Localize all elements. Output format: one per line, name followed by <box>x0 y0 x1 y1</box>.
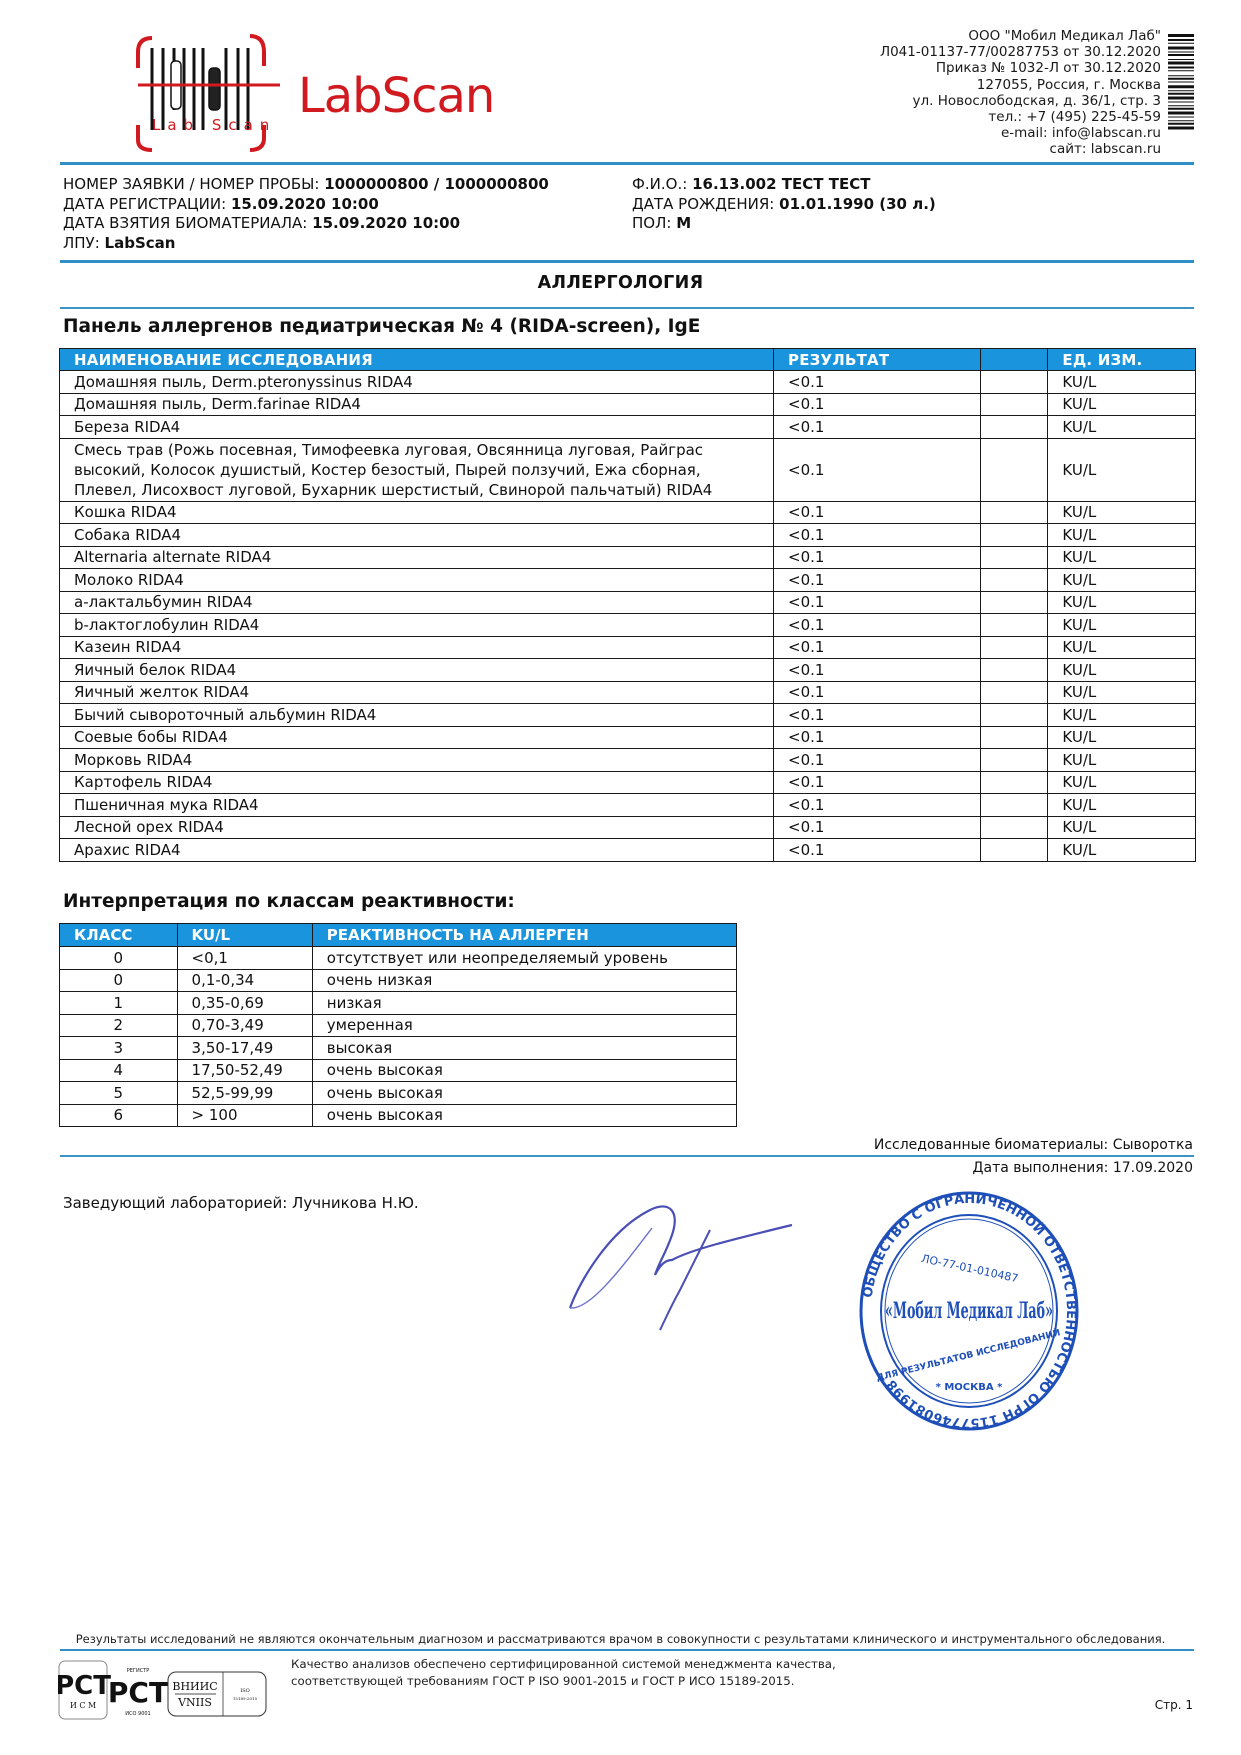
result-value: <0.1 <box>774 659 981 682</box>
order-number-line: НОМЕР ЗАЯВКИ / НОМЕР ПРОБЫ: 1000000800 /… <box>63 175 549 195</box>
execution-date: Дата выполнения: 17.09.2020 <box>973 1160 1193 1176</box>
result-row: Домашняя пыль, Derm.pteronyssinus RIDA4<… <box>60 371 1196 394</box>
result-row: Молоко RIDA4<0.1KU/L <box>60 569 1196 592</box>
flag-cell <box>981 726 1048 749</box>
sample-date-line: ДАТА ВЗЯТИЯ БИОМАТЕРИАЛА: 15.09.2020 10:… <box>63 214 549 234</box>
flag-cell <box>981 704 1048 727</box>
labscan-logo: LabScan Lab Scan <box>130 30 510 155</box>
col-reactivity: РЕАКТИВНОСТЬ НА АЛЛЕРГЕН <box>312 924 736 947</box>
col-unit: ЕД. ИЗМ. <box>1048 349 1196 371</box>
col-test-name: НАИМЕНОВАНИЕ ИССЛЕДОВАНИЯ <box>60 349 774 371</box>
result-value: <0.1 <box>774 816 981 839</box>
flag-cell <box>981 371 1048 394</box>
kul-range: 3,50-17,49 <box>177 1037 312 1060</box>
flag-cell <box>981 636 1048 659</box>
barcode-logo-icon <box>130 30 300 155</box>
test-name: a-лактальбумин RIDA4 <box>60 591 774 614</box>
rst-ism-logo: РСТ И С М <box>58 1661 111 1719</box>
kul-range: 0,1-0,34 <box>177 969 312 992</box>
flag-cell <box>981 524 1048 547</box>
result-row: Домашняя пыль, Derm.farinae RIDA4<0.1KU/… <box>60 393 1196 416</box>
order-info: НОМЕР ЗАЯВКИ / НОМЕР ПРОБЫ: 1000000800 /… <box>63 175 549 253</box>
result-unit: KU/L <box>1048 501 1196 524</box>
results-header-row: НАИМЕНОВАНИЕ ИССЛЕДОВАНИЯ РЕЗУЛЬТАТ ЕД. … <box>60 349 1196 371</box>
class-value: 3 <box>60 1037 178 1060</box>
svg-text:15189:2015: 15189:2015 <box>233 1696 258 1701</box>
logo-sub-text: Lab Scan <box>152 116 276 134</box>
test-name: Кошка RIDA4 <box>60 501 774 524</box>
flag-cell <box>981 393 1048 416</box>
test-name: Яичный желток RIDA4 <box>60 681 774 704</box>
result-value: <0.1 <box>774 501 981 524</box>
lab-head: Заведующий лабораторией: Лучникова Н.Ю. <box>63 1194 419 1212</box>
result-row: Морковь RIDA4<0.1KU/L <box>60 749 1196 772</box>
flag-cell <box>981 749 1048 772</box>
svg-text:И С М: И С М <box>70 1701 96 1710</box>
result-row: b-лактоглобулин RIDA4<0.1KU/L <box>60 614 1196 637</box>
footer-divider <box>60 1649 1194 1651</box>
stamp-center-text: «Мобил Медикал Лаб» <box>885 1298 1053 1324</box>
flag-cell <box>981 681 1048 704</box>
company-city: 127055, Россия, г. Москва <box>880 77 1161 93</box>
test-name: Молоко RIDA4 <box>60 569 774 592</box>
quality-line-1: Качество анализов обеспечено сертифициро… <box>291 1656 836 1673</box>
flag-cell <box>981 839 1048 862</box>
result-unit: KU/L <box>1048 614 1196 637</box>
test-name: Бычий сывороточный альбумин RIDA4 <box>60 704 774 727</box>
result-unit: KU/L <box>1048 636 1196 659</box>
stamp-city: * МОСКВА * <box>936 1382 1004 1393</box>
reactivity-level: очень высокая <box>312 1059 736 1082</box>
test-name: Картофель RIDA4 <box>60 771 774 794</box>
result-unit: KU/L <box>1048 726 1196 749</box>
result-value: <0.1 <box>774 371 981 394</box>
company-email: e-mail: info@labscan.ru <box>880 125 1161 141</box>
col-kul: KU/L <box>177 924 312 947</box>
col-flag <box>981 349 1048 371</box>
flag-cell <box>981 501 1048 524</box>
birth-date: 01.01.1990 (30 л.) <box>779 195 936 213</box>
flag-cell <box>981 771 1048 794</box>
result-value: <0.1 <box>774 726 981 749</box>
company-license: Л041-01137-77/00287753 от 30.12.2020 <box>880 44 1161 60</box>
class-row: 00,1-0,34очень низкая <box>60 969 737 992</box>
disclaimer: Результаты исследований не являются окон… <box>0 1632 1241 1646</box>
class-row: 417,50-52,49очень высокая <box>60 1059 737 1082</box>
result-unit: KU/L <box>1048 749 1196 772</box>
logo-brand-text: LabScan <box>298 68 494 124</box>
col-class: КЛАСС <box>60 924 178 947</box>
result-value: <0.1 <box>774 794 981 817</box>
signature-image <box>560 1190 800 1340</box>
quality-statement: Качество анализов обеспечено сертифициро… <box>291 1656 836 1690</box>
company-site: сайт: labscan.ru <box>880 141 1161 157</box>
test-name: Alternaria alternate RIDA4 <box>60 546 774 569</box>
certification-logos: РСТ И С М РЕГИСТР РСТ ИСО 9001 ВНИИС VNI… <box>58 1660 268 1720</box>
class-value: 6 <box>60 1104 178 1127</box>
col-result: РЕЗУЛЬТАТ <box>774 349 981 371</box>
flag-cell <box>981 794 1048 817</box>
result-row: Арахис RIDA4<0.1KU/L <box>60 839 1196 862</box>
result-row: Смесь трав (Рожь посевная, Тимофеевка лу… <box>60 438 1196 501</box>
lpu: LabScan <box>105 234 176 252</box>
result-unit: KU/L <box>1048 546 1196 569</box>
reactivity-level: очень высокая <box>312 1104 736 1127</box>
page-number: Стр. 1 <box>1155 1698 1193 1712</box>
result-unit: KU/L <box>1048 438 1196 501</box>
flag-cell <box>981 591 1048 614</box>
svg-text:РЕГИСТР: РЕГИСТР <box>127 1668 150 1674</box>
class-value: 2 <box>60 1014 178 1037</box>
registration-date: 15.09.2020 10:00 <box>231 195 379 213</box>
svg-text:ISO: ISO <box>240 1688 250 1694</box>
sex: М <box>676 214 691 232</box>
class-row: 10,35-0,69низкая <box>60 992 737 1015</box>
reactivity-class-table: КЛАСС KU/L РЕАКТИВНОСТЬ НА АЛЛЕРГЕН 0<0,… <box>59 923 737 1127</box>
result-value: <0.1 <box>774 438 981 501</box>
result-value: <0.1 <box>774 416 981 439</box>
svg-text:РСТ: РСТ <box>58 1671 111 1701</box>
kul-range: 0,35-0,69 <box>177 992 312 1015</box>
result-unit: KU/L <box>1048 816 1196 839</box>
result-value: <0.1 <box>774 546 981 569</box>
biomaterial-divider <box>60 1155 1194 1157</box>
reactivity-level: очень высокая <box>312 1082 736 1105</box>
kul-range: <0,1 <box>177 947 312 970</box>
result-row: Alternaria alternate RIDA4<0.1KU/L <box>60 546 1196 569</box>
test-name: b-лактоглобулин RIDA4 <box>60 614 774 637</box>
result-row: Пшеничная мука RIDA4<0.1KU/L <box>60 794 1196 817</box>
patient-name: 16.13.002 ТЕСТ ТЕСТ <box>692 175 870 193</box>
result-row: a-лактальбумин RIDA4<0.1KU/L <box>60 591 1196 614</box>
birth-date-line: ДАТА РОЖДЕНИЯ: 01.01.1990 (30 л.) <box>632 195 936 215</box>
kul-range: 0,70-3,49 <box>177 1014 312 1037</box>
kul-range: 17,50-52,49 <box>177 1059 312 1082</box>
result-value: <0.1 <box>774 704 981 727</box>
company-name: ООО "Мобил Медикал Лаб" <box>880 28 1161 44</box>
sex-line: ПОЛ: М <box>632 214 936 234</box>
test-name: Соевые бобы RIDA4 <box>60 726 774 749</box>
interpretation-title: Интерпретация по классам реактивности: <box>63 891 515 912</box>
flag-cell <box>981 546 1048 569</box>
flag-cell <box>981 816 1048 839</box>
result-value: <0.1 <box>774 839 981 862</box>
kul-range: > 100 <box>177 1104 312 1127</box>
result-value: <0.1 <box>774 614 981 637</box>
class-value: 4 <box>60 1059 178 1082</box>
test-name: Домашняя пыль, Derm.farinae RIDA4 <box>60 393 774 416</box>
department-title: АЛЛЕРГОЛОГИЯ <box>0 273 1241 293</box>
patient-name-line: Ф.И.О.: 16.13.002 ТЕСТ ТЕСТ <box>632 175 936 195</box>
result-unit: KU/L <box>1048 681 1196 704</box>
reactivity-level: низкая <box>312 992 736 1015</box>
company-order: Приказ № 1032-Л от 30.12.2020 <box>880 60 1161 76</box>
result-row: Кошка RIDA4<0.1KU/L <box>60 501 1196 524</box>
result-value: <0.1 <box>774 569 981 592</box>
barcode-icon <box>1168 34 1194 159</box>
reactivity-level: умеренная <box>312 1014 736 1037</box>
result-unit: KU/L <box>1048 771 1196 794</box>
flag-cell <box>981 614 1048 637</box>
class-row: 33,50-17,49высокая <box>60 1037 737 1060</box>
test-name: Собака RIDA4 <box>60 524 774 547</box>
class-value: 0 <box>60 947 178 970</box>
reactivity-level: высокая <box>312 1037 736 1060</box>
test-name: Пшеничная мука RIDA4 <box>60 794 774 817</box>
result-row: Береза RIDA4<0.1KU/L <box>60 416 1196 439</box>
company-street: ул. Новослободская, д. 36/1, стр. 3 <box>880 93 1161 109</box>
registration-date-line: ДАТА РЕГИСТРАЦИИ: 15.09.2020 10:00 <box>63 195 549 215</box>
result-row: Лесной орех RIDA4<0.1KU/L <box>60 816 1196 839</box>
quality-line-2: соответствующей требованиям ГОСТ Р ISO 9… <box>291 1673 836 1690</box>
kul-range: 52,5-99,99 <box>177 1082 312 1105</box>
result-unit: KU/L <box>1048 839 1196 862</box>
class-value: 5 <box>60 1082 178 1105</box>
result-unit: KU/L <box>1048 794 1196 817</box>
result-row: Соевые бобы RIDA4<0.1KU/L <box>60 726 1196 749</box>
header-divider <box>60 162 1194 165</box>
result-value: <0.1 <box>774 524 981 547</box>
result-unit: KU/L <box>1048 371 1196 394</box>
company-stamp: ОБЩЕСТВО С ОГРАНИЧЕННОЙ ОТВЕТСТВЕННОСТЬЮ… <box>858 1190 1080 1432</box>
biomaterial-info: Исследованные биоматериалы: Сыворотка <box>874 1137 1193 1153</box>
result-unit: KU/L <box>1048 393 1196 416</box>
test-name: Береза RIDA4 <box>60 416 774 439</box>
stamp-license: ЛО-77-01-010487 <box>920 1252 1019 1285</box>
sample-date: 15.09.2020 10:00 <box>312 214 460 232</box>
test-name: Домашняя пыль, Derm.pteronyssinus RIDA4 <box>60 371 774 394</box>
department-divider <box>60 307 1194 309</box>
result-row: Картофель RIDA4<0.1KU/L <box>60 771 1196 794</box>
result-row: Казеин RIDA4<0.1KU/L <box>60 636 1196 659</box>
result-value: <0.1 <box>774 771 981 794</box>
result-unit: KU/L <box>1048 591 1196 614</box>
result-unit: KU/L <box>1048 569 1196 592</box>
flag-cell <box>981 659 1048 682</box>
class-header-row: КЛАСС KU/L РЕАКТИВНОСТЬ НА АЛЛЕРГЕН <box>60 924 737 947</box>
result-unit: KU/L <box>1048 704 1196 727</box>
flag-cell <box>981 438 1048 501</box>
result-unit: KU/L <box>1048 524 1196 547</box>
reactivity-level: очень низкая <box>312 969 736 992</box>
test-name: Лесной орех RIDA4 <box>60 816 774 839</box>
test-name: Яичный белок RIDA4 <box>60 659 774 682</box>
company-phone: тел.: +7 (495) 225-45-59 <box>880 109 1161 125</box>
result-value: <0.1 <box>774 591 981 614</box>
vniis-logo: ВНИИС VNIIS ISO 15189:2015 <box>168 1672 266 1716</box>
svg-text:ВНИИС: ВНИИС <box>172 1680 217 1693</box>
class-row: 20,70-3,49умеренная <box>60 1014 737 1037</box>
svg-text:РСТ: РСТ <box>108 1676 168 1709</box>
result-row: Бычий сывороточный альбумин RIDA4<0.1KU/… <box>60 704 1196 727</box>
result-row: Собака RIDA4<0.1KU/L <box>60 524 1196 547</box>
class-value: 1 <box>60 992 178 1015</box>
result-unit: KU/L <box>1048 416 1196 439</box>
class-row: 552,5-99,99очень высокая <box>60 1082 737 1105</box>
result-value: <0.1 <box>774 393 981 416</box>
result-row: Яичный белок RIDA4<0.1KU/L <box>60 659 1196 682</box>
result-value: <0.1 <box>774 636 981 659</box>
flag-cell <box>981 416 1048 439</box>
class-row: 6> 100очень высокая <box>60 1104 737 1127</box>
result-unit: KU/L <box>1048 659 1196 682</box>
test-name: Арахис RIDA4 <box>60 839 774 862</box>
svg-text:VNIIS: VNIIS <box>177 1696 212 1709</box>
class-row: 0<0,1отсутствует или неопределяемый уров… <box>60 947 737 970</box>
test-name: Морковь RIDA4 <box>60 749 774 772</box>
order-number: 1000000800 / 1000000800 <box>324 175 549 193</box>
result-value: <0.1 <box>774 749 981 772</box>
company-details: ООО "Мобил Медикал Лаб" Л041-01137-77/00… <box>880 28 1161 158</box>
reactivity-level: отсутствует или неопределяемый уровень <box>312 947 736 970</box>
class-value: 0 <box>60 969 178 992</box>
test-name: Казеин RIDA4 <box>60 636 774 659</box>
rst-registr-logo: РЕГИСТР РСТ ИСО 9001 <box>108 1668 168 1717</box>
result-row: Яичный желток RIDA4<0.1KU/L <box>60 681 1196 704</box>
result-value: <0.1 <box>774 681 981 704</box>
flag-cell <box>981 569 1048 592</box>
patient-info: Ф.И.О.: 16.13.002 ТЕСТ ТЕСТ ДАТА РОЖДЕНИ… <box>632 175 936 234</box>
panel-title: Панель аллергенов педиатрическая № 4 (RI… <box>63 316 700 337</box>
info-divider <box>60 260 1194 263</box>
lpu-line: ЛПУ: LabScan <box>63 234 549 254</box>
results-table: НАИМЕНОВАНИЕ ИССЛЕДОВАНИЯ РЕЗУЛЬТАТ ЕД. … <box>59 348 1196 862</box>
test-name: Смесь трав (Рожь посевная, Тимофеевка лу… <box>60 438 774 501</box>
svg-text:ИСО 9001: ИСО 9001 <box>125 1711 150 1717</box>
